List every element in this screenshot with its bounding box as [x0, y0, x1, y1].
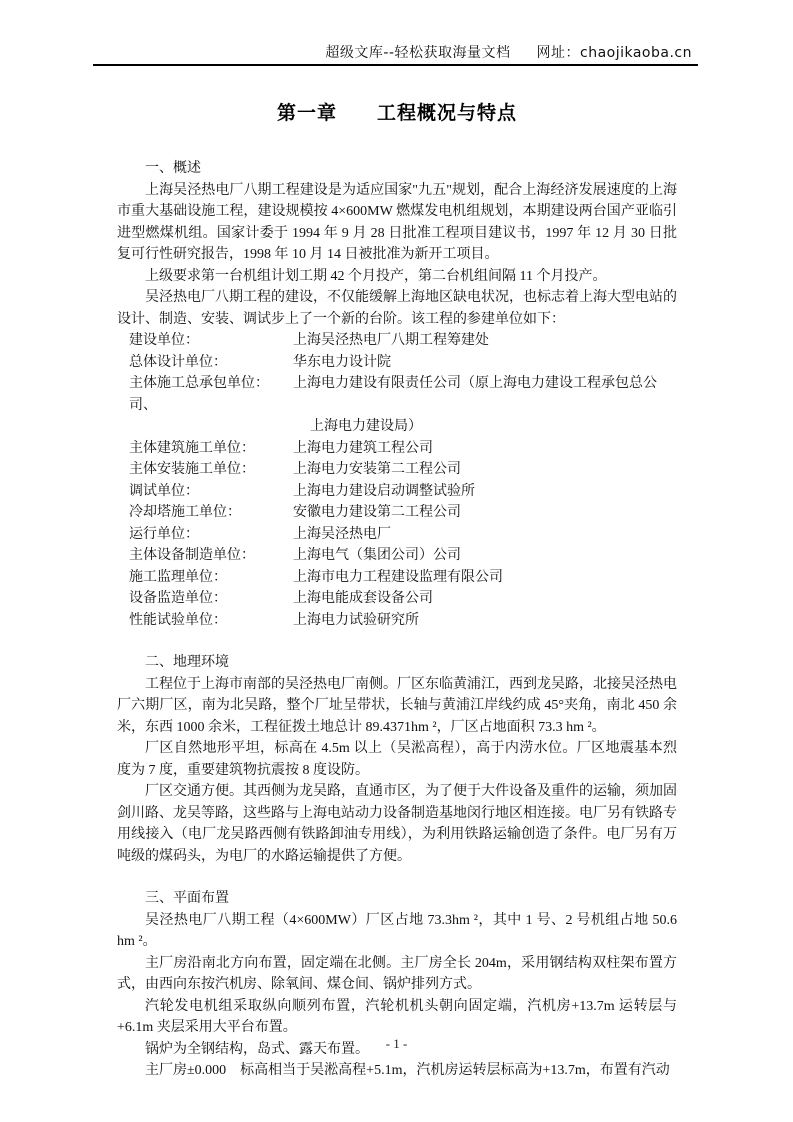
unit-value: 上海电力建设启动调整试验所	[293, 484, 475, 499]
paragraph-geography-1: 工程位于上海市南部的吴泾热电厂南侧。厂区东临黄浦江，西到龙吴路，北接吴泾热电厂六…	[117, 674, 677, 739]
document-body: 第一章 工程概况与特点 一、概述 上海吴泾热电厂八期工程建设是为适应国家"九五"…	[117, 64, 677, 1082]
page-number: - 1 -	[0, 1036, 793, 1052]
paragraph-overview-1: 上海吴泾热电厂八期工程建设是为适应国家"九五"规划，配合上海经济发展速度的上海市…	[117, 180, 677, 266]
paragraph-geography-2: 厂区自然地形平坦，标高在 4.5m 以上（吴淞高程），高于内涝水位。厂区地震基本…	[117, 738, 677, 781]
unit-row: 总体设计单位：华东电力设计院	[117, 352, 677, 374]
paragraph-layout-2: 主厂房沿南北方向布置，固定端在北侧。主厂房全长 204m，采用钢结构双柱架布置方…	[117, 953, 677, 996]
unit-row: 运行单位：上海吴泾热电厂	[117, 524, 677, 546]
unit-row: 性能试验单位：上海电力试验研究所	[117, 610, 677, 632]
unit-row: 建设单位：上海吴泾热电厂八期工程筹建处	[117, 330, 677, 352]
section-heading-layout: 三、平面布置	[117, 888, 677, 910]
unit-value: 上海电力建筑工程公司	[293, 441, 433, 456]
header-url: chaojikaoba.cn	[580, 45, 692, 61]
header-text-wrap: 超级文库--轻松获取海量文档网址：chaojikaoba.cn	[325, 45, 698, 61]
section-heading-geography: 二、地理环境	[117, 652, 677, 674]
unit-label: 主体施工总承包单位：	[129, 373, 293, 395]
unit-label: 运行单位：	[129, 524, 293, 546]
unit-value: 上海吴泾热电厂	[293, 527, 391, 542]
unit-value: 上海吴泾热电厂八期工程筹建处	[293, 333, 489, 348]
unit-value: 上海市电力工程建设监理有限公司	[293, 570, 503, 585]
chapter-title: 第一章 工程概况与特点	[117, 100, 677, 126]
unit-value: 上海电气（集团公司）公司	[293, 548, 461, 563]
unit-value: 上海电能成套设备公司	[293, 591, 433, 606]
paragraph-layout-1: 吴泾热电厂八期工程（4×600MW）厂区占地 73.3hm ²，其中 1 号、2…	[117, 910, 677, 953]
section-spacer	[117, 631, 677, 652]
unit-row: 主体建筑施工单位：上海电力建筑工程公司	[117, 438, 677, 460]
unit-value-continuation: 上海电力建设局）	[129, 416, 677, 438]
header-site-name: 超级文库--轻松获取海量文档	[325, 45, 510, 61]
unit-row: 主体施工总承包单位：上海电力建设有限责任公司（原上海电力建设工程承包总公司、 上…	[117, 373, 677, 438]
unit-label: 冷却塔施工单位：	[129, 502, 293, 524]
paragraph-overview-2: 上级要求第一台机组计划工期 42 个月投产，第二台机组间隔 11 个月投产。	[117, 266, 677, 288]
unit-row: 施工监理单位：上海市电力工程建设监理有限公司	[117, 567, 677, 589]
unit-label: 总体设计单位：	[129, 352, 293, 374]
unit-label: 建设单位：	[129, 330, 293, 352]
unit-label: 设备监造单位：	[129, 588, 293, 610]
unit-row: 主体设备制造单位：上海电气（集团公司）公司	[117, 545, 677, 567]
section-heading-overview: 一、概述	[117, 158, 677, 180]
page-header: 超级文库--轻松获取海量文档网址：chaojikaoba.cn	[93, 0, 698, 66]
unit-row: 设备监造单位：上海电能成套设备公司	[117, 588, 677, 610]
unit-label: 主体安装施工单位：	[129, 459, 293, 481]
header-url-label: 网址：	[537, 45, 581, 61]
paragraph-geography-3: 厂区交通方便。其西侧为龙吴路，直通市区，为了便于大件设备及重件的运输，须加固剑川…	[117, 781, 677, 867]
paragraph-layout-5: 主厂房±0.000 标高相当于吴淞高程+5.1m，汽机房运转层标高为+13.7m…	[117, 1060, 677, 1082]
unit-value: 安徽电力建设第二工程公司	[293, 505, 461, 520]
unit-value: 上海电力试验研究所	[293, 613, 419, 628]
unit-value: 上海电力安装第二工程公司	[293, 462, 461, 477]
unit-row: 主体安装施工单位：上海电力安装第二工程公司	[117, 459, 677, 481]
document-page: 超级文库--轻松获取海量文档网址：chaojikaoba.cn 第一章 工程概况…	[0, 0, 793, 1122]
unit-label: 主体设备制造单位：	[129, 545, 293, 567]
unit-label: 性能试验单位：	[129, 610, 293, 632]
unit-label: 主体建筑施工单位：	[129, 438, 293, 460]
paragraph-overview-3: 吴泾热电厂八期工程的建设，不仅能缓解上海地区缺电状况，也标志着上海大型电站的设计…	[117, 287, 677, 330]
unit-value: 华东电力设计院	[293, 355, 391, 370]
unit-row: 冷却塔施工单位：安徽电力建设第二工程公司	[117, 502, 677, 524]
units-list: 建设单位：上海吴泾热电厂八期工程筹建处 总体设计单位：华东电力设计院 主体施工总…	[117, 330, 677, 631]
section-spacer	[117, 867, 677, 888]
unit-label: 调试单位：	[129, 481, 293, 503]
unit-row: 调试单位：上海电力建设启动调整试验所	[117, 481, 677, 503]
paragraph-layout-3: 汽轮发电机组采取纵向顺列布置，汽轮机机头朝向固定端，汽机房+13.7m 运转层与…	[117, 996, 677, 1039]
unit-label: 施工监理单位：	[129, 567, 293, 589]
